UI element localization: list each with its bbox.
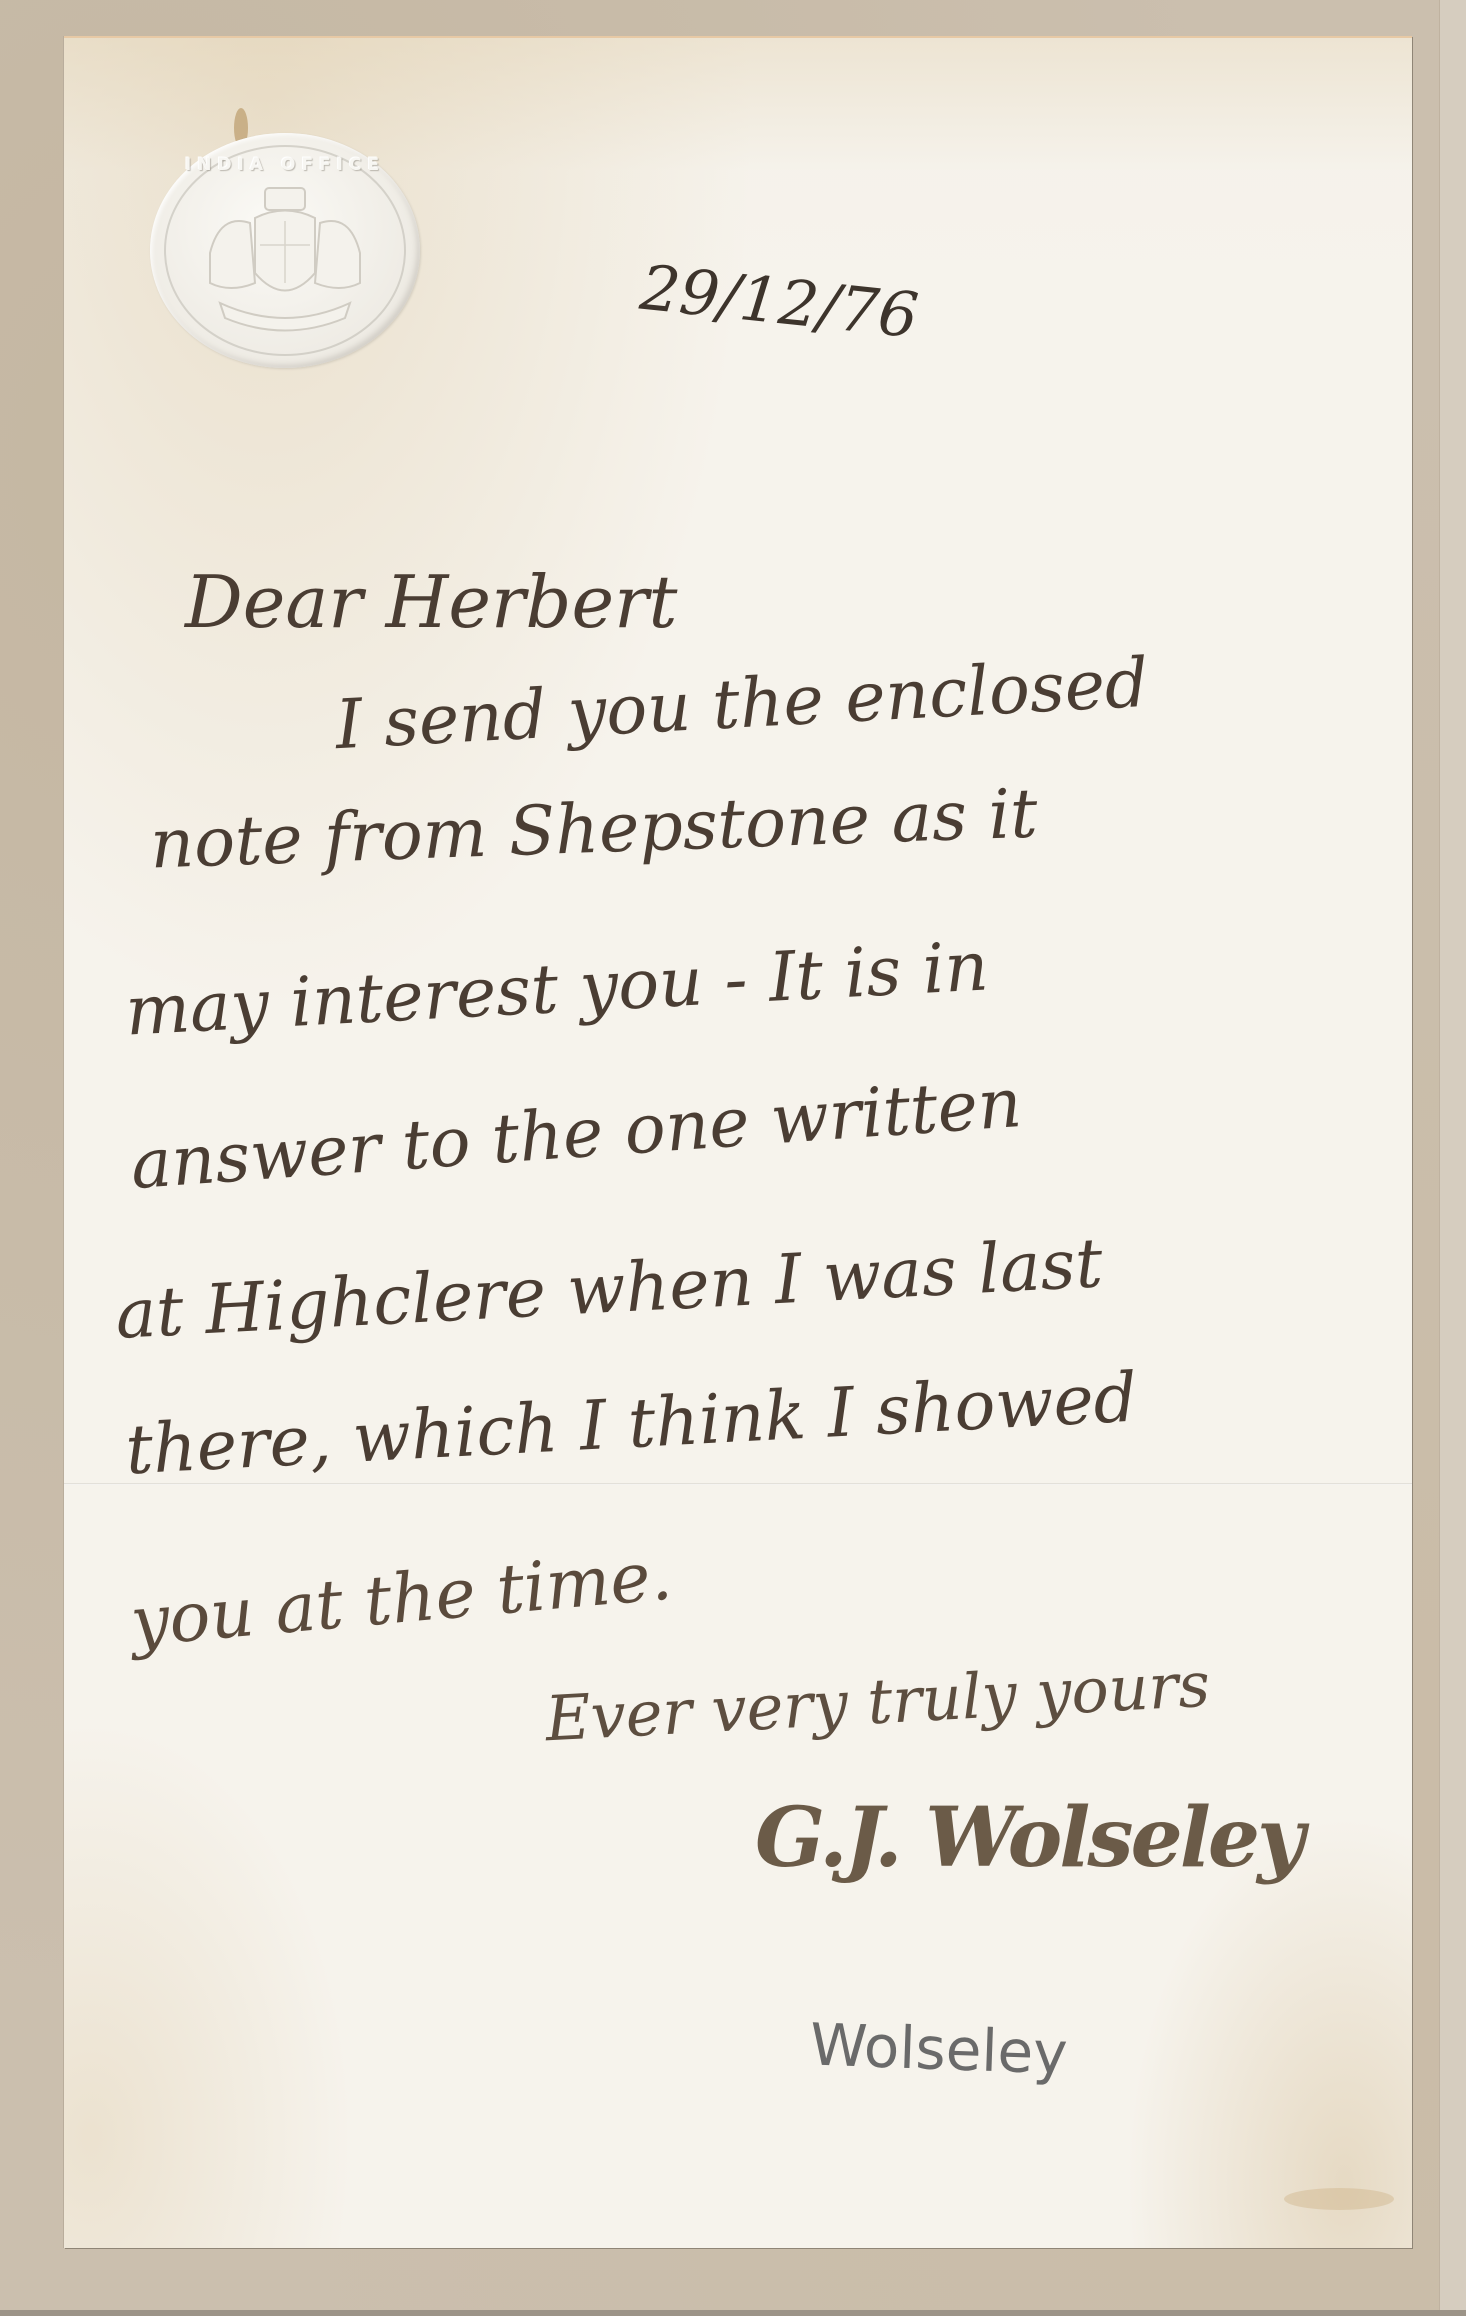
mount-bottom-edge bbox=[0, 2310, 1466, 2316]
mount-board-edge bbox=[1439, 0, 1466, 2316]
india-office-seal: INDIA OFFICE bbox=[150, 133, 420, 368]
salutation: Dear Herbert bbox=[185, 560, 677, 644]
pencil-annotation: Wolseley bbox=[809, 2011, 1069, 2088]
signature: G.J. Wolseley bbox=[755, 1790, 1302, 1886]
water-stain bbox=[1284, 2188, 1394, 2210]
coat-of-arms-icon bbox=[150, 133, 420, 368]
fold-line bbox=[64, 1483, 1412, 1485]
